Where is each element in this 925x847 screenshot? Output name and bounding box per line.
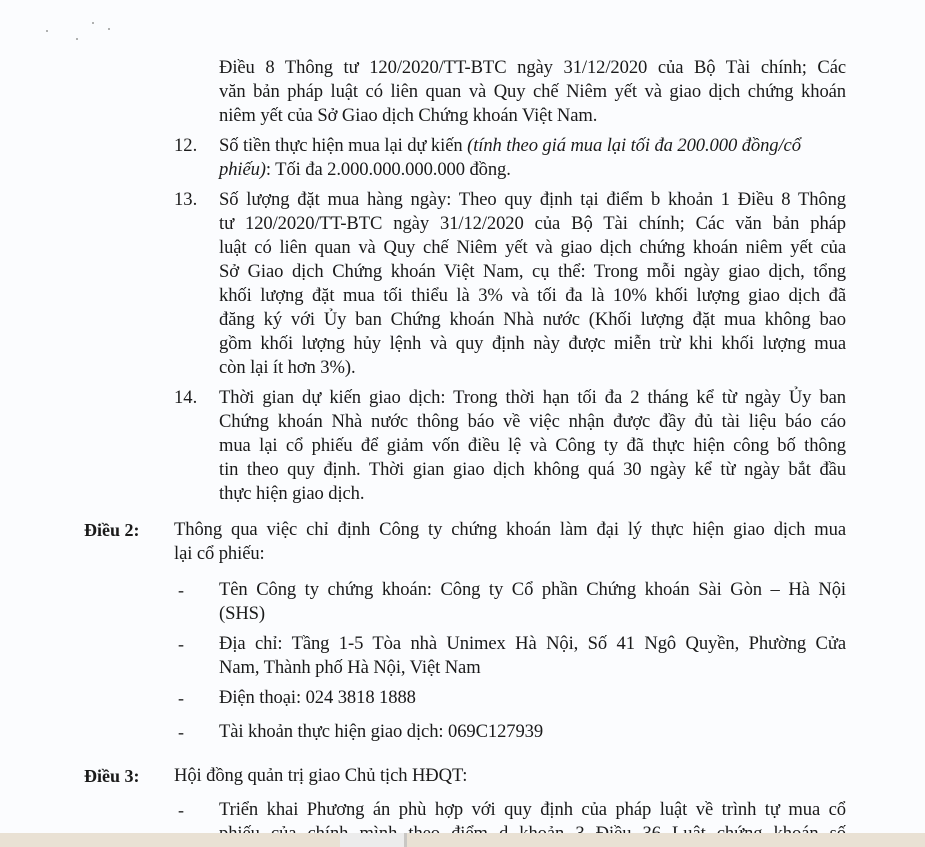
bullet-dash: - xyxy=(178,578,184,602)
paragraph-line: văn bản pháp luật có liên quan và Quy ch… xyxy=(219,80,846,104)
article-line: lại cổ phiếu: xyxy=(174,542,265,566)
bullet-line: Triển khai Phương án phù hợp với quy địn… xyxy=(219,798,846,822)
item-line: khối lượng đặt mua tối thiểu là 3% và tố… xyxy=(219,284,846,308)
bullet-dash: - xyxy=(178,686,184,710)
bullet-dash: - xyxy=(178,632,184,656)
item-number: 12. xyxy=(174,134,197,158)
bullet-line: Địa chỉ: Tầng 1-5 Tòa nhà Unimex Hà Nội,… xyxy=(219,632,846,656)
bullet-line: Nam, Thành phố Hà Nội, Việt Nam xyxy=(219,656,481,680)
document-page: Điều 8 Thông tư 120/2020/TT-BTC ngày 31/… xyxy=(0,0,925,833)
article-line: Hội đồng quản trị giao Chủ tịch HĐQT: xyxy=(174,764,467,788)
article-line: Thông qua việc chỉ định Công ty chứng kh… xyxy=(174,518,846,542)
item-line: đăng ký với Ủy ban Chứng khoán Nhà nước … xyxy=(219,308,846,332)
item-line: mua lại cổ phiếu để giảm vốn điều lệ và … xyxy=(219,434,846,458)
item-line: thực hiện giao dịch. xyxy=(219,482,364,506)
item-line: Sở Giao dịch Chứng khoán Việt Nam, cụ th… xyxy=(219,260,846,284)
paragraph-line: Điều 8 Thông tư 120/2020/TT-BTC ngày 31/… xyxy=(219,56,846,80)
item-number: 13. xyxy=(174,188,197,212)
item-line: luật có liên quan và Quy chế Niêm yết và… xyxy=(219,236,846,260)
item-line: Chứng khoán Nhà nước thông báo về việc n… xyxy=(219,410,846,434)
viewer-bottom-bar xyxy=(0,833,925,847)
scan-specks xyxy=(40,22,120,52)
bullet-dash: - xyxy=(178,720,184,744)
bullet-line: Điện thoại: 024 3818 1888 xyxy=(219,686,416,710)
bullet-dash: - xyxy=(178,798,184,822)
item-12-line-2: phiếu): Tối đa 2.000.000.000.000 đồng. xyxy=(219,158,511,182)
item-line: Thời gian dự kiến giao dịch: Trong thời … xyxy=(219,386,846,410)
item-line: Số lượng đặt mua hàng ngày: Theo quy địn… xyxy=(219,188,846,212)
article-2-label: Điều 2: xyxy=(84,518,140,542)
item-line: tư 120/2020/TT-BTC ngày 31/12/2020 của B… xyxy=(219,212,846,236)
item-line: tin theo quy định. Thời gian giao dịch k… xyxy=(219,458,846,482)
item-line: còn lại ít hơn 3%). xyxy=(219,356,356,380)
item-number: 14. xyxy=(174,386,197,410)
item-line: gồm khối lượng hủy lệnh và quy định này … xyxy=(219,332,846,356)
item-12-line-1: Số tiền thực hiện mua lại dự kiến (tính … xyxy=(219,134,846,158)
article-3-label: Điều 3: xyxy=(84,764,140,788)
paragraph-line: niêm yết của Sở Giao dịch Chứng khoán Vi… xyxy=(219,104,597,128)
bullet-line: Tài khoản thực hiện giao dịch: 069C12793… xyxy=(219,720,543,744)
viewer-page-tab[interactable] xyxy=(340,833,405,847)
viewer-divider xyxy=(404,833,407,847)
bullet-line: Tên Công ty chứng khoán: Công ty Cổ phần… xyxy=(219,578,846,602)
bullet-line: (SHS) xyxy=(219,602,265,626)
